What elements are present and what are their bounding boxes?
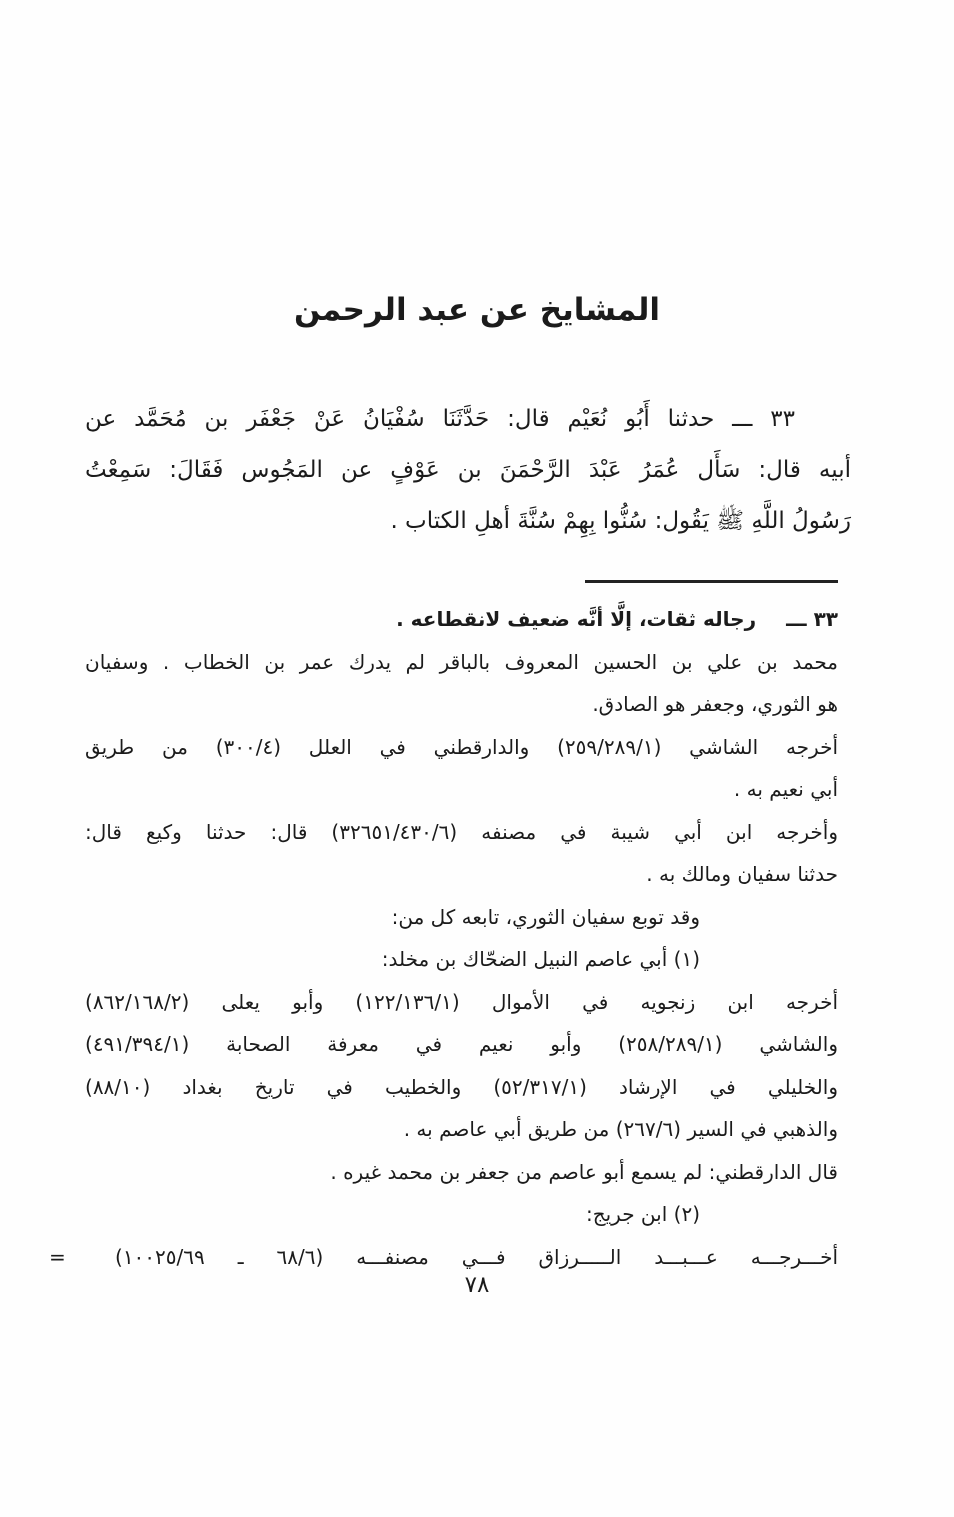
- page-number: ٧٨: [0, 1272, 954, 1298]
- footnote-line: والخليلي في الإرشاد (٥٢/٣١٧/١) والخطيب ف…: [85, 1066, 838, 1109]
- hadith-line-2: أبيه قال: سَأَل عُمَرُ عَبْدَ الرَّحْمَن…: [85, 445, 851, 496]
- footnote-line: وقد توبع سفيان الثوري، تابعه كل من:: [85, 896, 838, 939]
- footnote-line: أخرجه الشاشي (٢٥٩/٢٨٩/١) والدارقطني في ا…: [85, 726, 838, 769]
- footnote-line: هو الثوري، وجعفر هو الصادق.: [85, 683, 838, 726]
- footnote-list-item-1: (١) أبي عاصم النبيل الضحّاك بن مخلد:: [85, 938, 838, 981]
- footnote-line: وأخرجه ابن أبي شيبة في مصنفه (٣٢٦٥١/٤٣٠/…: [85, 811, 838, 854]
- footnote-heading: ٣٣ ـــرجاله ثقات، إلَّا أنَّه ضعيف لانقط…: [85, 598, 838, 641]
- footnote-line: قال الدارقطني: لم يسمع أبو عاصم من جعفر …: [85, 1151, 838, 1194]
- footnote-line: حدثنا سفيان ومالك به .: [85, 853, 838, 896]
- footnote-line: محمد بن علي بن الحسين المعروف بالباقر لم…: [85, 641, 838, 684]
- footnote-grading: رجاله ثقات، إلَّا أنَّه ضعيف لانقطاعه .: [396, 607, 756, 631]
- hadith-block: ٣٣ ـــ حدثنا أَبُو نُعَيْم قال: حَدَّثَن…: [85, 394, 851, 547]
- chapter-title: المشايخ عن عبد الرحمن: [0, 292, 954, 328]
- hadith-text: حدثنا أَبُو نُعَيْم قال: حَدَّثَنَا سُفْ…: [85, 406, 714, 432]
- footnote-line: أبي نعيم به .: [85, 768, 838, 811]
- footnote-number: ٣٣: [814, 607, 838, 631]
- hadith-line-1: ٣٣ ـــ حدثنا أَبُو نُعَيْم قال: حَدَّثَن…: [85, 394, 851, 445]
- book-page: المشايخ عن عبد الرحمن ٣٣ ـــ حدثنا أَبُو…: [0, 0, 954, 1517]
- footnote-list-item-2: (٢) ابن جريج:: [85, 1193, 838, 1236]
- hadith-number-dash: ـــ: [732, 406, 752, 432]
- footnote-block: ٣٣ ـــرجاله ثقات، إلَّا أنَّه ضعيف لانقط…: [85, 598, 838, 1278]
- footnote-number-dash: ـــ: [786, 607, 807, 631]
- footnote-line: أخرجه ابن زنجويه في الأموال (١٢٢/١٣٦/١) …: [85, 981, 838, 1024]
- footnote-separator-rule: [585, 580, 838, 583]
- hadith-number: ٣٣: [770, 406, 795, 432]
- footnote-line: والشاشي (٢٥٨/٢٨٩/١) وأبو نعيم في معرفة ا…: [85, 1023, 838, 1066]
- hadith-line-3: رَسُولُ اللَّهِ ﷺ يَقُول: سُنُّوا بِهِمْ…: [85, 496, 851, 547]
- footnote-line: والذهبي في السير (٢٦٧/٦) من طريق أبي عاص…: [85, 1108, 838, 1151]
